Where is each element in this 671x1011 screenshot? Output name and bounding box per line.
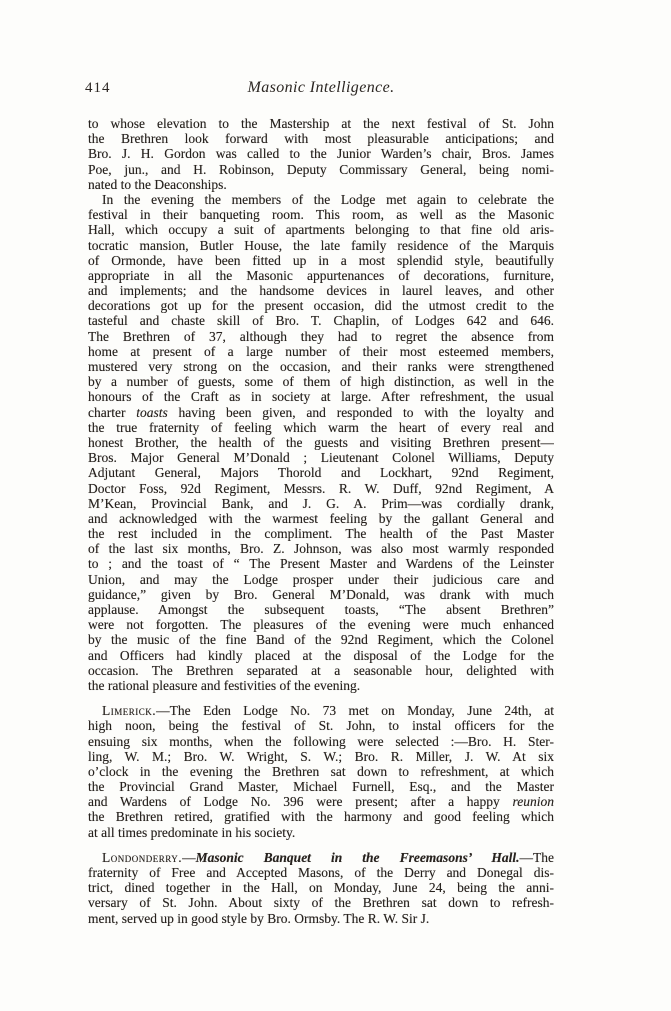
text-segment: ment, served up in good style by Bro. Or… bbox=[88, 911, 429, 926]
text-segment: and implements; and the handsome devices… bbox=[88, 283, 554, 298]
text-line: by the music of the fine Band of the 92n… bbox=[88, 632, 554, 647]
text-segment: —The bbox=[520, 850, 555, 865]
text-line: The Brethren of 37, although they had to… bbox=[88, 329, 554, 344]
text-line: applause. Amongst the subsequent toasts,… bbox=[88, 602, 554, 617]
text-line: fraternity of Free and Accepted Masons, … bbox=[88, 865, 554, 880]
text-segment: In the evening the members of the Lodge … bbox=[102, 192, 554, 207]
text-segment: and Wardens of Lodge No. 396 were presen… bbox=[88, 794, 513, 809]
scanned-document-page: 414 Masonic Intelligence. to whose eleva… bbox=[0, 0, 671, 1011]
text-line: of the last six months, Bro. Z. Johnson,… bbox=[88, 541, 554, 556]
text-segment: Londonderry. bbox=[102, 850, 182, 865]
text-segment: tocratic mansion, Butler House, the late… bbox=[88, 238, 554, 253]
text-segment: Masonic Banquet in the Freemasons’ Hall. bbox=[196, 850, 520, 865]
text-line: festival in their banqueting room. This … bbox=[88, 207, 554, 222]
text-line: appropriate in all the Masonic appurtena… bbox=[88, 268, 554, 283]
text-segment: the Brethren look forward with most plea… bbox=[88, 131, 554, 146]
text-segment: having been given, and responded to with… bbox=[168, 405, 554, 420]
text-segment: guidance,” given by Bro. General M’Donal… bbox=[88, 587, 554, 602]
text-segment: tasteful and chaste skill of Bro. T. Cha… bbox=[88, 313, 554, 328]
text-segment: M’Kean, Provincial Bank, and J. G. A. Pr… bbox=[88, 496, 554, 511]
text-line: trict, dined together in the Hall, on Mo… bbox=[88, 880, 554, 895]
text-segment: the Provincial Grand Master, Michael Fur… bbox=[88, 779, 554, 794]
text-line: the Brethren look forward with most plea… bbox=[88, 131, 554, 146]
page-number: 414 bbox=[85, 80, 111, 97]
text-segment: reunion bbox=[513, 794, 555, 809]
text-segment: high noon, being the festival of St. Joh… bbox=[88, 718, 554, 733]
text-segment: by the music of the fine Band of the 92n… bbox=[88, 632, 554, 647]
text-segment: of Ormonde, have been fitted up in a mos… bbox=[88, 253, 554, 268]
text-line: the rest included in the compliment. The… bbox=[88, 526, 554, 541]
text-line: Poe, jun., and H. Robinson, Deputy Commi… bbox=[88, 162, 554, 177]
text-line: honours of the Craft as in society at la… bbox=[88, 389, 554, 404]
text-segment: home at present of a large number of the… bbox=[88, 344, 554, 359]
text-line: charter toasts having been given, and re… bbox=[88, 405, 554, 420]
text-line: Adjutant General, Majors Thorold and Loc… bbox=[88, 465, 554, 480]
text-segment: the rational pleasure and festivities of… bbox=[88, 678, 360, 693]
text-line: occasion. The Brethren separated at a se… bbox=[88, 663, 554, 678]
text-line: tocratic mansion, Butler House, the late… bbox=[88, 238, 554, 253]
text-segment: charter bbox=[88, 405, 136, 420]
text-segment: festival in their banqueting room. This … bbox=[88, 207, 554, 222]
text-segment: decorations got up for the present occas… bbox=[88, 298, 554, 313]
text-segment: Doctor Foss, 92d Regiment, Messrs. R. W.… bbox=[88, 481, 554, 496]
text-line: guidance,” given by Bro. General M’Donal… bbox=[88, 587, 554, 602]
text-line: and implements; and the handsome devices… bbox=[88, 283, 554, 298]
text-line: high noon, being the festival of St. Joh… bbox=[88, 718, 554, 733]
text-segment: fraternity of Free and Accepted Masons, … bbox=[88, 865, 554, 880]
text-segment: were not forgotten. The pleasures of the… bbox=[88, 617, 554, 632]
text-segment: Bro. J. H. Gordon was called to the Juni… bbox=[88, 146, 554, 161]
text-segment: and acknowledged with the warmest feelin… bbox=[88, 511, 554, 526]
text-line: and Wardens of Lodge No. 396 were presen… bbox=[88, 794, 554, 809]
text-segment: the rest included in the compliment. The… bbox=[88, 526, 554, 541]
text-segment: nated to the Deaconships. bbox=[88, 177, 227, 192]
text-segment: toasts bbox=[136, 405, 168, 420]
text-segment: Adjutant General, Majors Thorold and Loc… bbox=[88, 465, 554, 480]
text-segment: to ; and the toast of “ The Present Mast… bbox=[88, 556, 554, 571]
londonderry-paragraph: Londonderry.—Masonic Banquet in the Free… bbox=[88, 850, 554, 926]
text-line: home at present of a large number of the… bbox=[88, 344, 554, 359]
text-segment: Bros. Major General M’Donald ; Lieutenan… bbox=[88, 450, 554, 465]
text-line: nated to the Deaconships. bbox=[88, 177, 554, 192]
text-line: ment, served up in good style by Bro. Or… bbox=[88, 911, 554, 926]
text-line: the true fraternity of feeling which war… bbox=[88, 420, 554, 435]
text-line: to ; and the toast of “ The Present Mast… bbox=[88, 556, 554, 571]
text-line: the Provincial Grand Master, Michael Fur… bbox=[88, 779, 554, 794]
text-segment: ensuing six months, when the following w… bbox=[88, 734, 554, 749]
text-line: the rational pleasure and festivities of… bbox=[88, 678, 554, 693]
text-line: ling, W. M.; Bro. W. Wright, S. W.; Bro.… bbox=[88, 749, 554, 764]
running-title: Masonic Intelligence. bbox=[88, 79, 554, 97]
text-segment: and Officers had kindly placed at the di… bbox=[88, 648, 554, 663]
text-line: mustered very strong on the occasion, an… bbox=[88, 359, 554, 374]
text-segment: by a number of guests, some of them of h… bbox=[88, 374, 554, 389]
text-segment: o’clock in the evening the Brethren sat … bbox=[88, 764, 554, 779]
text-line: decorations got up for the present occas… bbox=[88, 298, 554, 313]
text-segment: — bbox=[182, 850, 196, 865]
text-line: and Officers had kindly placed at the di… bbox=[88, 648, 554, 663]
text-segment: Limerick. bbox=[102, 703, 156, 718]
text-segment: Union, and may the Lodge prosper under t… bbox=[88, 572, 554, 587]
text-line: of Ormonde, have been fitted up in a mos… bbox=[88, 253, 554, 268]
text-segment: Poe, jun., and H. Robinson, Deputy Commi… bbox=[88, 162, 554, 177]
text-line: In the evening the members of the Lodge … bbox=[88, 192, 554, 207]
text-segment: honours of the Craft as in society at la… bbox=[88, 389, 554, 404]
text-segment: the Brethren retired, gratified with the… bbox=[88, 809, 554, 824]
limerick-paragraph: Limerick.—The Eden Lodge No. 73 met on M… bbox=[88, 703, 554, 840]
text-line: Londonderry.—Masonic Banquet in the Free… bbox=[88, 850, 554, 865]
text-segment: at all times predominate in his society. bbox=[88, 825, 295, 840]
text-segment: honest Brother, the health of the guests… bbox=[88, 435, 554, 450]
text-line: Hall, which occupy a suit of apartments … bbox=[88, 222, 554, 237]
text-segment: trict, dined together in the Hall, on Mo… bbox=[88, 880, 554, 895]
evening-banquet-paragraph: In the evening the members of the Lodge … bbox=[88, 192, 554, 693]
text-line: Bro. J. H. Gordon was called to the Juni… bbox=[88, 146, 554, 161]
continuation-paragraph: to whose elevation to the Mastership at … bbox=[88, 116, 554, 192]
text-line: the Brethren retired, gratified with the… bbox=[88, 809, 554, 824]
text-line: were not forgotten. The pleasures of the… bbox=[88, 617, 554, 632]
text-segment: ling, W. M.; Bro. W. Wright, S. W.; Bro.… bbox=[88, 749, 554, 764]
text-line: tasteful and chaste skill of Bro. T. Cha… bbox=[88, 313, 554, 328]
text-line: Union, and may the Lodge prosper under t… bbox=[88, 572, 554, 587]
text-segment: —The Eden Lodge No. 73 met on Monday, Ju… bbox=[156, 703, 554, 718]
text-line: versary of St. John. About sixty of the … bbox=[88, 895, 554, 910]
page-header: 414 Masonic Intelligence. bbox=[88, 79, 554, 97]
text-segment: mustered very strong on the occasion, an… bbox=[88, 359, 554, 374]
text-segment: appropriate in all the Masonic appurtena… bbox=[88, 268, 554, 283]
text-segment: versary of St. John. About sixty of the … bbox=[88, 895, 554, 910]
text-line: by a number of guests, some of them of h… bbox=[88, 374, 554, 389]
text-line: to whose elevation to the Mastership at … bbox=[88, 116, 554, 131]
text-segment: The Brethren of 37, although they had to… bbox=[88, 329, 554, 344]
text-line: honest Brother, the health of the guests… bbox=[88, 435, 554, 450]
text-line: and acknowledged with the warmest feelin… bbox=[88, 511, 554, 526]
text-line: Doctor Foss, 92d Regiment, Messrs. R. W.… bbox=[88, 481, 554, 496]
text-segment: of the last six months, Bro. Z. Johnson,… bbox=[88, 541, 554, 556]
text-line: ensuing six months, when the following w… bbox=[88, 734, 554, 749]
text-segment: Hall, which occupy a suit of apartments … bbox=[88, 222, 554, 237]
text-segment: to whose elevation to the Mastership at … bbox=[88, 116, 554, 131]
body-text: to whose elevation to the Mastership at … bbox=[88, 116, 554, 926]
text-line: M’Kean, Provincial Bank, and J. G. A. Pr… bbox=[88, 496, 554, 511]
text-segment: occasion. The Brethren separated at a se… bbox=[88, 663, 554, 678]
text-line: Limerick.—The Eden Lodge No. 73 met on M… bbox=[88, 703, 554, 718]
text-segment: applause. Amongst the subsequent toasts,… bbox=[88, 602, 554, 617]
text-line: at all times predominate in his society. bbox=[88, 825, 554, 840]
text-segment: the true fraternity of feeling which war… bbox=[88, 420, 554, 435]
text-line: o’clock in the evening the Brethren sat … bbox=[88, 764, 554, 779]
text-line: Bros. Major General M’Donald ; Lieutenan… bbox=[88, 450, 554, 465]
